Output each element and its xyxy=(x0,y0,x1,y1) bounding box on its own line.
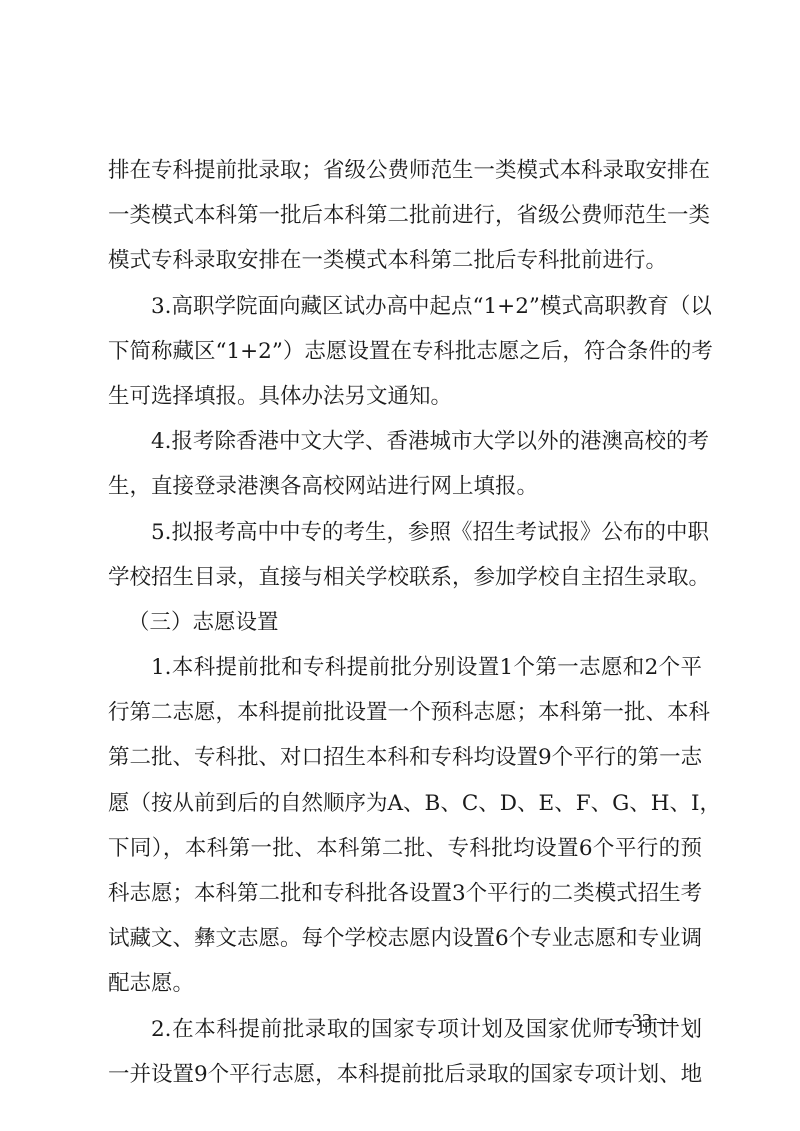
page-number: — 33 — xyxy=(592,1010,692,1033)
text-line: 模式专科录取安排在一类模式本科第二批后专科批前进行。 xyxy=(108,238,702,283)
text-line: 愿（按从前到后的自然顺序为A、B、C、D、E、F、G、H、I， xyxy=(108,781,702,826)
text-line: 学校招生目录，直接与相关学校联系，参加学校自主招生录取。 xyxy=(108,555,702,600)
text-line: 排在专科提前批录取；省级公费师范生一类模式本科录取安排在 xyxy=(108,148,702,193)
paragraph-start-line: 1.本科提前批和专科提前批分别设置1个第一志愿和2个平 xyxy=(108,645,702,690)
section-heading: （三）志愿设置 xyxy=(108,600,702,645)
text-line: 一并设置9个平行志愿，本科提前批后录取的国家专项计划、地 xyxy=(108,1052,702,1097)
text-line: 配志愿。 xyxy=(108,961,702,1006)
text-line: 下简称藏区“1+2”）志愿设置在专科批志愿之后，符合条件的考 xyxy=(108,329,702,374)
text-line: 生可选择填报。具体办法另文通知。 xyxy=(108,374,702,419)
paragraph-start-line: 3.高职学院面向藏区试办高中起点“1+2”模式高职教育（以 xyxy=(108,284,702,329)
document-body: 排在专科提前批录取；省级公费师范生一类模式本科录取安排在 一类模式本科第一批后本… xyxy=(108,148,702,1097)
text-line: 试藏文、彝文志愿。每个学校志愿内设置6个专业志愿和专业调 xyxy=(108,916,702,961)
text-line: 行第二志愿，本科提前批设置一个预科志愿；本科第一批、本科 xyxy=(108,690,702,735)
text-line: 生，直接登录港澳各高校网站进行网上填报。 xyxy=(108,464,702,509)
text-line: 下同），本科第一批、本科第二批、专科批均设置6个平行的预 xyxy=(108,826,702,871)
text-line: 一类模式本科第一批后本科第二批前进行，省级公费师范生一类 xyxy=(108,193,702,238)
text-line: 第二批、专科批、对口招生本科和专科均设置9个平行的第一志 xyxy=(108,735,702,780)
paragraph-start-line: 4.报考除香港中文大学、香港城市大学以外的港澳高校的考 xyxy=(108,419,702,464)
text-line: 科志愿；本科第二批和专科批各设置3个平行的二类模式招生考 xyxy=(108,871,702,916)
paragraph-start-line: 5.拟报考高中中专的考生，参照《招生考试报》公布的中职 xyxy=(108,510,702,555)
